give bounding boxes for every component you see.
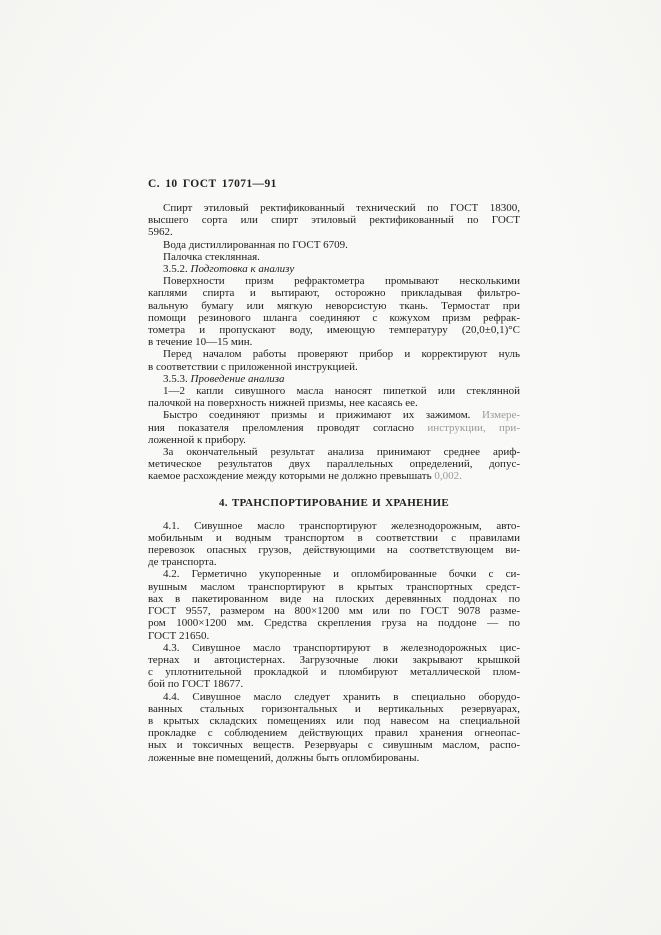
- para-4-2: 4.2. Герметично укупоренные и опломбиров…: [148, 568, 520, 641]
- text-line: Вода дистиллированная по ГОСТ 6709.: [148, 239, 520, 251]
- text-line: Палочка стеклянная.: [148, 251, 520, 263]
- text-segment: Измере-: [482, 409, 520, 421]
- section-4-heading: 4. ТРАНСПОРТИРОВАНИЕ И ХРАНЕНИЕ: [148, 497, 520, 510]
- text-line: ГОСТ 9557, размером на 800×1200 мм или п…: [148, 605, 520, 617]
- text-segment: ГОСТ 9557, размером на 800×1200 мм или п…: [148, 605, 520, 617]
- text-segment: Вода дистиллированная по ГОСТ 6709.: [163, 239, 348, 251]
- text-line: Быстро соединяют призмы и прижимают их з…: [148, 409, 520, 421]
- text-segment: инструкции, при-: [427, 422, 520, 434]
- para-4-1: 4.1. Сивушное масло транспортируют желез…: [148, 520, 520, 569]
- text-line: ложенные вне помещений, должны быть опло…: [148, 752, 520, 764]
- text-segment: ГОСТ 21650.: [148, 630, 209, 642]
- scanned-page: С. 10 ГОСТ 17071—91 Спирт этиловый ректи…: [0, 0, 661, 935]
- text-segment: палочкой на поверхность нижней призмы, н…: [148, 397, 418, 409]
- text-line: 5962.: [148, 226, 520, 238]
- para-spirt: Спирт этиловый ректификованный техническ…: [148, 202, 520, 239]
- text-segment: помощи резинового шланга соединяют с кож…: [148, 312, 520, 324]
- text-segment: с уплотнительной прокладкой и пломбируют…: [148, 666, 520, 678]
- para-rezultat: За окончательный результат анализа прини…: [148, 446, 520, 483]
- text-segment: в течение 10—15 мин.: [148, 336, 252, 348]
- para-palochka: Палочка стеклянная.: [148, 251, 520, 263]
- clause-3-5-2: 3.5.2. Подготовка к анализу: [148, 263, 520, 275]
- text-line: ных и токсичных веществ. Резервуары с си…: [148, 739, 520, 751]
- text-segment: Быстро соединяют призмы и прижимают их з…: [163, 409, 482, 421]
- page-header: С. 10 ГОСТ 17071—91: [148, 178, 520, 190]
- text-line: вушным маслом транспортируют в крытых тр…: [148, 581, 520, 593]
- clause-3-5-3: 3.5.3. Проведение анализа: [148, 373, 520, 385]
- text-segment: в соответствии с приложенной инструкцией…: [148, 361, 358, 373]
- text-segment: 4.1. Сивушное масло транспортируют желез…: [163, 520, 520, 532]
- text-segment: Подготовка к анализу: [191, 263, 295, 275]
- text-line: ГОСТ 21650.: [148, 630, 520, 642]
- text-segment: ния показателя преломления проводят согл…: [148, 422, 427, 434]
- text-segment: Палочка стеклянная.: [163, 251, 260, 263]
- para-bystro: Быстро соединяют призмы и прижимают их з…: [148, 409, 520, 446]
- text-line: ром 1000×1200 мм. Средства скрепления гр…: [148, 617, 520, 629]
- text-segment: 5962.: [148, 226, 173, 238]
- text-line: 1—2 капли сивушного масла наносят пипетк…: [148, 385, 520, 397]
- text-line: вальную бумагу или мягкую неворсистую тк…: [148, 300, 520, 312]
- text-line: 4.3. Сивушное масло транспортируют в жел…: [148, 642, 520, 654]
- text-segment: 4.3. Сивушное масло транспортируют в жел…: [163, 642, 520, 654]
- text-segment: высшего сорта или спирт этиловый ректифи…: [148, 214, 520, 226]
- text-segment: перевозок опасных грузов, действующими н…: [148, 544, 520, 556]
- text-segment: Спирт этиловый ректификованный техническ…: [163, 202, 520, 214]
- text-line: де транспорта.: [148, 556, 520, 568]
- document-blocks: Спирт этиловый ректификованный техническ…: [148, 202, 520, 764]
- text-segment: Поверхности призм рефрактометра промываю…: [163, 275, 520, 287]
- text-line: в крытых складских помещениях или под на…: [148, 715, 520, 727]
- para-pered-nachalom: Перед началом работы проверяют прибор и …: [148, 348, 520, 372]
- text-line: мобильным и водным транспортом в соответ…: [148, 532, 520, 544]
- text-line: 3.5.2. Подготовка к анализу: [148, 263, 520, 275]
- text-line: в соответствии с приложенной инструкцией…: [148, 361, 520, 373]
- text-segment: Проведение анализа: [191, 373, 285, 385]
- text-segment: тернах и автоцистернах. Загрузочные люки…: [148, 654, 520, 666]
- text-segment: ложенные вне помещений, должны быть опло…: [148, 752, 419, 764]
- text-segment: метическое результатов двух параллельных…: [148, 458, 520, 470]
- text-segment: вах в пакетированном виде на плоских дер…: [148, 593, 520, 605]
- text-segment: бой по ГОСТ 18677.: [148, 678, 243, 690]
- text-segment: каемое расхождение между которыми не дол…: [148, 470, 434, 482]
- text-line: 3.5.3. Проведение анализа: [148, 373, 520, 385]
- text-line: 4.2. Герметично укупоренные и опломбиров…: [148, 568, 520, 580]
- text-segment: ром 1000×1200 мм. Средства скрепления гр…: [148, 617, 520, 629]
- text-segment: ложенной к прибору.: [148, 434, 246, 446]
- text-line: 4.4. Сивушное масло следует хранить в сп…: [148, 691, 520, 703]
- text-segment: в крытых складских помещениях или под на…: [148, 715, 520, 727]
- text-line: метическое результатов двух параллельных…: [148, 458, 520, 470]
- text-segment: мобильным и водным транспортом в соответ…: [148, 532, 520, 544]
- text-segment: Перед началом работы проверяют прибор и …: [163, 348, 520, 360]
- text-line: бой по ГОСТ 18677.: [148, 678, 520, 690]
- text-line: каплями спирта и вытирают, осторожно при…: [148, 287, 520, 299]
- text-segment: 1—2 капли сивушного масла наносят пипетк…: [163, 385, 520, 397]
- text-column: С. 10 ГОСТ 17071—91 Спирт этиловый ректи…: [148, 178, 520, 764]
- text-segment: 3.5.3.: [163, 373, 191, 385]
- para-poverkhnosti: Поверхности призм рефрактометра промываю…: [148, 275, 520, 348]
- text-line: тометра и пропускают воду, имеющую темпе…: [148, 324, 520, 336]
- text-line: Перед началом работы проверяют прибор и …: [148, 348, 520, 360]
- text-segment: тометра и пропускают воду, имеющую темпе…: [148, 324, 520, 336]
- text-line: 4.1. Сивушное масло транспортируют желез…: [148, 520, 520, 532]
- para-4-4: 4.4. Сивушное масло следует хранить в сп…: [148, 691, 520, 764]
- text-segment: За окончательный результат анализа прини…: [163, 446, 520, 458]
- text-line: помощи резинового шланга соединяют с кож…: [148, 312, 520, 324]
- text-line: За окончательный результат анализа прини…: [148, 446, 520, 458]
- text-line: тернах и автоцистернах. Загрузочные люки…: [148, 654, 520, 666]
- text-segment: 0,002.: [434, 470, 462, 482]
- text-line: ния показателя преломления проводят согл…: [148, 422, 520, 434]
- text-line: прокладке с соблюдением действующих прав…: [148, 727, 520, 739]
- para-4-3: 4.3. Сивушное масло транспортируют в жел…: [148, 642, 520, 691]
- text-line: в течение 10—15 мин.: [148, 336, 520, 348]
- text-segment: 4.2. Герметично укупоренные и опломбиров…: [163, 568, 520, 580]
- text-line: с уплотнительной прокладкой и пломбируют…: [148, 666, 520, 678]
- text-line: высшего сорта или спирт этиловый ректифи…: [148, 214, 520, 226]
- text-segment: вушным маслом транспортируют в крытых тр…: [148, 581, 520, 593]
- text-segment: де транспорта.: [148, 556, 217, 568]
- text-line: Спирт этиловый ректификованный техническ…: [148, 202, 520, 214]
- text-segment: прокладке с соблюдением действующих прав…: [148, 727, 520, 739]
- text-segment: каплями спирта и вытирают, осторожно при…: [148, 287, 520, 299]
- text-segment: 4.4. Сивушное масло следует хранить в сп…: [163, 691, 520, 703]
- text-segment: ванных стальных горизонтальных и вертика…: [148, 703, 520, 715]
- text-line: палочкой на поверхность нижней призмы, н…: [148, 397, 520, 409]
- para-kapli: 1—2 капли сивушного масла наносят пипетк…: [148, 385, 520, 409]
- para-voda: Вода дистиллированная по ГОСТ 6709.: [148, 239, 520, 251]
- text-segment: 3.5.2.: [163, 263, 191, 275]
- text-line: ванных стальных горизонтальных и вертика…: [148, 703, 520, 715]
- text-line: ложенной к прибору.: [148, 434, 520, 446]
- text-segment: ных и токсичных веществ. Резервуары с си…: [148, 739, 520, 751]
- text-segment: вальную бумагу или мягкую неворсистую тк…: [148, 300, 520, 312]
- text-line: вах в пакетированном виде на плоских дер…: [148, 593, 520, 605]
- text-line: Поверхности призм рефрактометра промываю…: [148, 275, 520, 287]
- text-line: перевозок опасных грузов, действующими н…: [148, 544, 520, 556]
- text-line: каемое расхождение между которыми не дол…: [148, 470, 520, 482]
